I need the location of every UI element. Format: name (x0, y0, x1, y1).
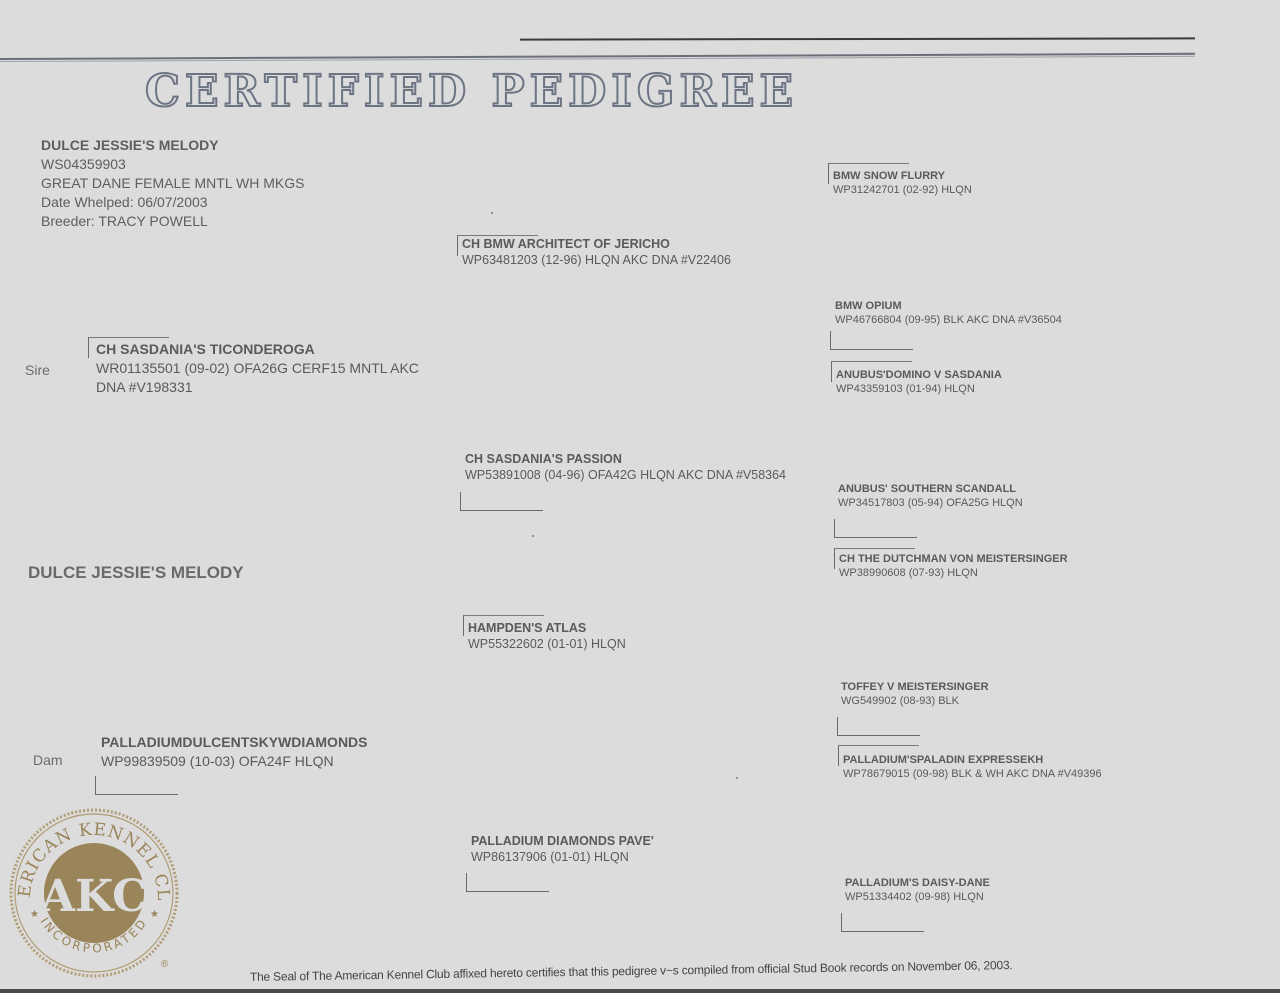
sire-dam-entry: CH SASDANIA'S PASSION WP53891008 (04-96)… (465, 451, 786, 483)
gen3-record: WP31242701 (02-92) HLQN (833, 183, 972, 197)
sire-sire-entry: CH BMW ARCHITECT OF JERICHO WP63481203 (… (462, 236, 731, 268)
bracket (95, 776, 178, 795)
gen3-name: ANUBUS' SOUTHERN SCANDALL (838, 482, 1023, 496)
dam-record: WP99839509 (10-03) OFA24F HLQN (101, 752, 368, 771)
gen3-record: WP78679015 (09-98) BLK & WH AKC DNA #V49… (843, 767, 1102, 781)
dam-dam-name: PALLADIUM DIAMONDS PAVE' (471, 833, 654, 849)
dam-label: Dam (33, 752, 63, 768)
dam-sire-record: WP55322602 (01-01) HLQN (468, 636, 626, 652)
bracket (830, 331, 913, 350)
sire-sire-record: WP63481203 (12-96) HLQN AKC DNA #V22406 (462, 252, 731, 268)
sire-record-dna: DNA #V198331 (96, 378, 419, 397)
certification-footer: The Seal of The American Kennel Club aff… (250, 958, 1013, 984)
gen3-name: PALLADIUM'SPALADIN EXPRESSEKH (843, 753, 1102, 767)
gen3-record: WP46766804 (09-95) BLK AKC DNA #V36504 (835, 313, 1062, 327)
gen3-entry-7: PALLADIUM'SPALADIN EXPRESSEKH WP78679015… (843, 753, 1102, 781)
subject-info: DULCE JESSIE'S MELODY WS04359903 GREAT D… (41, 136, 304, 231)
speck (532, 535, 534, 537)
bracket (841, 913, 924, 932)
gen3-record: WP38990608 (07-93) HLQN (839, 566, 1068, 580)
gen3-record: WP43359103 (01-94) HLQN (836, 382, 1002, 396)
gen3-record: WP51334402 (09-98) HLQN (845, 890, 990, 904)
sire-dam-record: WP53891008 (04-96) OFA42G HLQN AKC DNA #… (465, 467, 786, 483)
sire-label: Sire (25, 362, 50, 378)
gen3-entry-8: PALLADIUM'S DAISY-DANE WP51334402 (09-98… (845, 876, 990, 904)
gen3-name: ANUBUS'DOMINO V SASDANIA (836, 368, 1002, 382)
gen3-record: WG549902 (08-93) BLK (841, 694, 989, 708)
gen3-entry-6: TOFFEY V MEISTERSINGER WG549902 (08-93) … (841, 680, 989, 708)
gen3-name: CH THE DUTCHMAN VON MEISTERSINGER (839, 552, 1068, 566)
bracket (834, 519, 917, 538)
gen3-entry-3: ANUBUS'DOMINO V SASDANIA WP43359103 (01-… (836, 368, 1002, 396)
sire-sire-name: CH BMW ARCHITECT OF JERICHO (462, 236, 731, 252)
bottom-rule (0, 989, 1280, 993)
top-rule (520, 37, 1195, 40)
bracket (460, 492, 543, 511)
dam-name: PALLADIUMDULCENTSKYWDIAMONDS (101, 733, 368, 752)
dam-sire-name: HAMPDEN'S ATLAS (468, 620, 626, 636)
bracket (466, 873, 549, 892)
sire-record: WR01135501 (09-02) OFA26G CERF15 MNTL AK… (96, 359, 419, 378)
subject-registration: WS04359903 (41, 155, 304, 174)
dam-entry: PALLADIUMDULCENTSKYWDIAMONDS WP99839509 … (101, 733, 368, 771)
speck (736, 777, 738, 779)
sire-entry: CH SASDANIA'S TICONDEROGA WR01135501 (09… (96, 340, 419, 397)
gen3-name: BMW SNOW FLURRY (833, 169, 972, 183)
gen3-name: TOFFEY V MEISTERSINGER (841, 680, 989, 694)
gen3-name: BMW OPIUM (835, 299, 1062, 313)
dam-sire-entry: HAMPDEN'S ATLAS WP55322602 (01-01) HLQN (468, 620, 626, 652)
gen3-name: PALLADIUM'S DAISY-DANE (845, 876, 990, 890)
svg-text:★: ★ (30, 909, 39, 920)
svg-text:★: ★ (150, 909, 159, 920)
gen3-entry-4: ANUBUS' SOUTHERN SCANDALL WP34517803 (05… (838, 482, 1023, 510)
subject-description: GREAT DANE FEMALE MNTL WH MKGS (41, 174, 304, 193)
sire-dam-name: CH SASDANIA'S PASSION (465, 451, 786, 467)
subject-date-whelped: Date Whelped: 06/07/2003 (41, 193, 304, 212)
sire-name: CH SASDANIA'S TICONDEROGA (96, 340, 419, 359)
dam-dam-record: WP86137906 (01-01) HLQN (471, 849, 654, 865)
seal-registered-mark: ® (161, 959, 169, 970)
akc-seal-icon: AMERICAN KENNEL CLUB INCORPORATED AKC ★ … (8, 807, 180, 979)
subject-name: DULCE JESSIE'S MELODY (41, 136, 304, 155)
bracket (837, 717, 920, 736)
subject-breeder: Breeder: TRACY POWELL (41, 212, 304, 231)
gen3-entry-5: CH THE DUTCHMAN VON MEISTERSINGER WP3899… (839, 552, 1068, 580)
dam-dam-entry: PALLADIUM DIAMONDS PAVE' WP86137906 (01-… (471, 833, 654, 865)
gen3-record: WP34517803 (05-94) OFA25G HLQN (838, 496, 1023, 510)
seal-center-text: AKC (40, 871, 147, 922)
gen3-entry-2: BMW OPIUM WP46766804 (09-95) BLK AKC DNA… (835, 299, 1062, 327)
speck (491, 212, 493, 214)
subject-center-name: DULCE JESSIE'S MELODY (28, 563, 244, 583)
document-title: CERTIFIED PEDIGREE (145, 66, 1045, 117)
gen3-entry-1: BMW SNOW FLURRY WP31242701 (02-92) HLQN (833, 169, 972, 197)
